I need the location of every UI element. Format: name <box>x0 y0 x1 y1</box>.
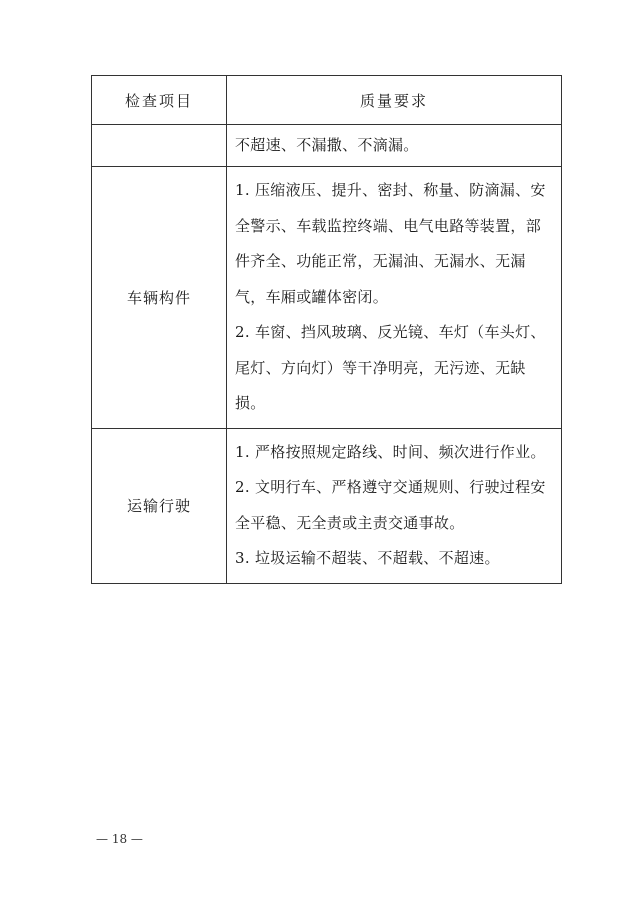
row-item: 运输行驶 <box>92 428 227 583</box>
table-row: 车辆构件 1. 压缩液压、提升、密封、称量、防滴漏、安全警示、车载监控终端、电气… <box>92 167 562 429</box>
row-requirements: 不超速、不漏撒、不滴漏。 <box>227 125 562 167</box>
requirement-text: 1. 严格按照规定路线、时间、频次进行作业。 <box>235 435 553 471</box>
page-number: — 18 — <box>96 832 143 846</box>
requirement-text: 3. 垃圾运输不超装、不超载、不超速。 <box>235 541 553 577</box>
requirement-text: 1. 压缩液压、提升、密封、称量、防滴漏、安全警示、车载监控终端、电气电路等装置… <box>235 173 553 315</box>
header-inspection-item: 检查项目 <box>92 76 227 125</box>
table-row: 不超速、不漏撒、不滴漏。 <box>92 125 562 167</box>
row-item: 车辆构件 <box>92 167 227 429</box>
table-row: 运输行驶 1. 严格按照规定路线、时间、频次进行作业。 2. 文明行车、严格遵守… <box>92 428 562 583</box>
row-requirements: 1. 严格按照规定路线、时间、频次进行作业。 2. 文明行车、严格遵守交通规则、… <box>227 428 562 583</box>
requirement-text: 不超速、不漏撒、不滴漏。 <box>235 128 553 164</box>
table-header-row: 检查项目 质量要求 <box>92 76 562 125</box>
header-quality-requirement: 质量要求 <box>227 76 562 125</box>
requirement-text: 2. 车窗、挡风玻璃、反光镜、车灯（车头灯、尾灯、方向灯）等干净明亮，无污迹、无… <box>235 315 553 422</box>
requirement-text: 2. 文明行车、严格遵守交通规则、行驶过程安全平稳、无全责或主责交通事故。 <box>235 470 553 541</box>
quality-inspection-table: 检查项目 质量要求 不超速、不漏撒、不滴漏。 车辆构件 1. 压缩液压、提升、密… <box>91 75 562 584</box>
row-requirements: 1. 压缩液压、提升、密封、称量、防滴漏、安全警示、车载监控终端、电气电路等装置… <box>227 167 562 429</box>
row-item <box>92 125 227 167</box>
